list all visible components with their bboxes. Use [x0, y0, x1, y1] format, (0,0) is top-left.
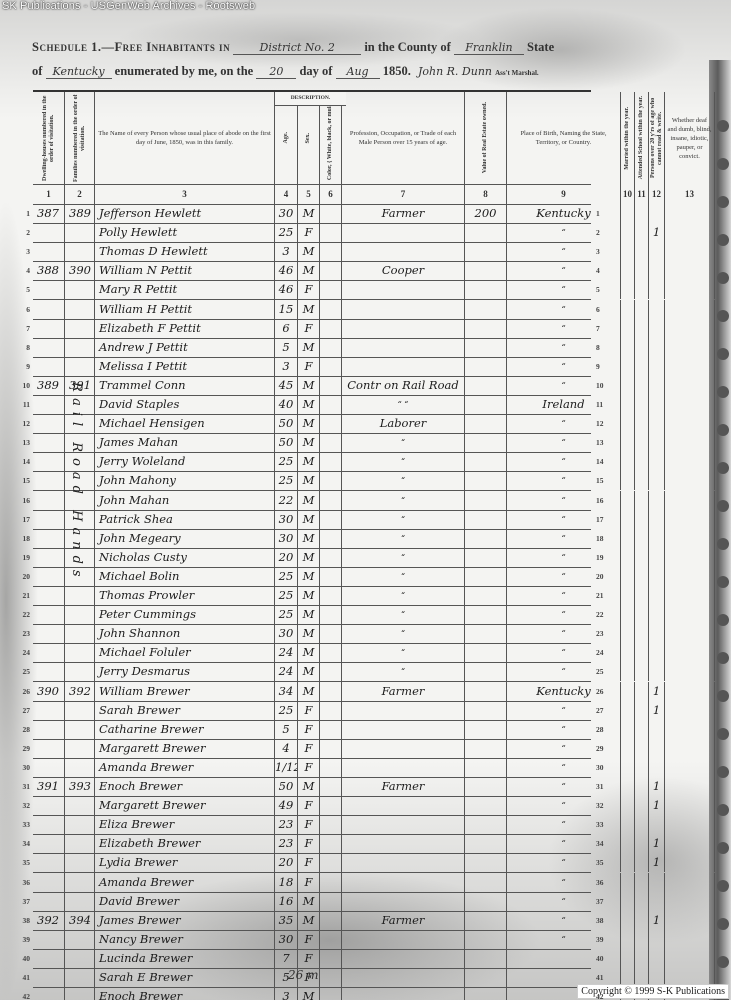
cell-age: 6	[275, 319, 298, 338]
name-value: Nancy Brewer	[95, 930, 274, 949]
line-number-right: 28	[596, 725, 604, 734]
age-value: 15	[275, 300, 297, 319]
cell-infirm	[665, 319, 715, 338]
name-value: Michael Bolin	[95, 567, 274, 586]
column-number: 13	[685, 189, 694, 199]
name-value: Catharine Brewer	[95, 720, 274, 739]
cell-real-estate	[465, 261, 507, 280]
cell-dwelling	[33, 853, 65, 872]
column-header-label: Place of Birth, Naming the State, Territ…	[507, 127, 620, 149]
cell-school	[635, 300, 649, 319]
cell-sex: M	[298, 204, 320, 223]
column-number-cell: 10	[621, 184, 635, 204]
cell-school	[635, 338, 649, 357]
cell-name: John Mahony	[95, 471, 275, 490]
cell-dwelling: 390	[33, 682, 65, 701]
cell-school	[635, 414, 649, 433]
dwelling-value: 391	[33, 777, 64, 796]
cell-age: 3	[275, 242, 298, 261]
cell-married	[621, 586, 635, 605]
column-header-9: Place of Birth, Naming the State, Territ…	[507, 92, 621, 184]
cell-dwelling	[33, 930, 65, 949]
cell-color	[320, 796, 342, 815]
cell-infirm	[665, 815, 715, 834]
cell-family: 392	[65, 682, 95, 701]
occupation-value: “	[342, 491, 464, 510]
line-number-left: 11	[16, 400, 30, 409]
cell-infirm	[665, 739, 715, 758]
name-value: Melissa I Pettit	[95, 357, 274, 376]
cell-illiterate	[649, 280, 665, 299]
column-number: 8	[483, 189, 488, 199]
cell-dwelling	[33, 223, 65, 242]
cell-age: 18	[275, 873, 298, 892]
age-value: 30	[275, 529, 297, 548]
cell-infirm	[665, 395, 715, 414]
cell-birthplace: “	[507, 300, 621, 319]
sex-value: M	[298, 433, 319, 452]
cell-illiterate	[649, 376, 665, 395]
cell-occupation	[342, 300, 465, 319]
cell-school	[635, 892, 649, 911]
cell-school	[635, 471, 649, 490]
cell-real-estate	[465, 911, 507, 930]
line-number-left: 23	[16, 629, 30, 638]
sex-value: F	[298, 834, 319, 853]
cell-age: 40	[275, 395, 298, 414]
occupation-value: “	[342, 510, 464, 529]
cell-dwelling	[33, 758, 65, 777]
census-row: Elizabeth F Pettit6F“	[33, 319, 591, 339]
line-number-right: 24	[596, 648, 604, 657]
census-row: William H Pettit15M“	[33, 300, 591, 320]
column-header-label: The Name of every Person whose usual pla…	[95, 127, 274, 149]
census-row: Elizabeth Brewer23F“1	[33, 834, 591, 854]
cell-dwelling	[33, 968, 65, 987]
age-value: 5	[275, 720, 297, 739]
cell-dwelling	[33, 701, 65, 720]
line-number-left: 20	[16, 572, 30, 581]
cell-sex: M	[298, 452, 320, 471]
cell-infirm	[665, 529, 715, 548]
cell-dwelling	[33, 319, 65, 338]
column-header-label: Married within the year.	[624, 107, 631, 170]
cell-color	[320, 777, 342, 796]
column-header-label: Attended School within the year.	[638, 96, 645, 179]
cell-family	[65, 930, 95, 949]
cell-color	[320, 682, 342, 701]
cell-illiterate: 1	[649, 853, 665, 872]
cell-dwelling	[33, 643, 65, 662]
line-number-left: 33	[16, 820, 30, 829]
sex-value: M	[298, 586, 319, 605]
cell-infirm	[665, 567, 715, 586]
name-value: John Mahony	[95, 471, 274, 490]
cell-color	[320, 815, 342, 834]
cell-infirm	[665, 280, 715, 299]
cell-school	[635, 510, 649, 529]
cell-school	[635, 204, 649, 223]
cell-infirm	[665, 261, 715, 280]
occupation-value: Farmer	[342, 204, 464, 223]
cell-infirm	[665, 471, 715, 490]
illiterate-value: 1	[649, 682, 664, 701]
cell-name: Polly Hewlett	[95, 223, 275, 242]
census-row: John Mahan22M““	[33, 491, 591, 511]
cell-dwelling	[33, 471, 65, 490]
binding-hole	[717, 918, 729, 930]
cell-sex: M	[298, 911, 320, 930]
census-row: Lucinda Brewer7F	[33, 949, 591, 969]
cell-real-estate	[465, 949, 507, 968]
cell-sex: M	[298, 242, 320, 261]
cell-dwelling: 388	[33, 261, 65, 280]
cell-infirm	[665, 949, 715, 968]
cell-name: William H Pettit	[95, 300, 275, 319]
line-number-right: 37	[596, 897, 604, 906]
binding-hole	[717, 196, 729, 208]
occupation-value: Cooper	[342, 261, 464, 280]
illiterate-value: 1	[649, 911, 664, 930]
cell-occupation	[342, 739, 465, 758]
sex-value: M	[298, 777, 319, 796]
cell-infirm	[665, 433, 715, 452]
cell-family	[65, 624, 95, 643]
cell-school	[635, 643, 649, 662]
line-number-right: 10	[596, 381, 604, 390]
sex-value: F	[298, 796, 319, 815]
cell-real-estate	[465, 777, 507, 796]
cell-illiterate	[649, 471, 665, 490]
cell-age: 4	[275, 739, 298, 758]
occupation-value: “	[342, 452, 464, 471]
column-number: 11	[637, 189, 646, 199]
cell-color	[320, 758, 342, 777]
dwelling-value: 388	[33, 261, 64, 280]
cell-sex: F	[298, 720, 320, 739]
column-header-label: Age.	[283, 132, 290, 144]
line-number-right: 9	[596, 362, 600, 371]
binding-hole	[717, 348, 729, 360]
column-number: 7	[401, 189, 406, 199]
cell-real-estate	[465, 433, 507, 452]
sex-value: F	[298, 853, 319, 872]
cell-family: 390	[65, 261, 95, 280]
sex-value: M	[298, 242, 319, 261]
cell-real-estate	[465, 662, 507, 681]
cell-dwelling: 392	[33, 911, 65, 930]
cell-age: 50	[275, 414, 298, 433]
line-number-left: 34	[16, 839, 30, 848]
name-value: Jerry Desmarus	[95, 662, 274, 681]
census-row: 388390William N Pettit46MCooper“	[33, 261, 591, 281]
cell-infirm	[665, 643, 715, 662]
cell-illiterate	[649, 261, 665, 280]
line-number-left: 9	[16, 362, 30, 371]
cell-real-estate	[465, 930, 507, 949]
cell-married	[621, 624, 635, 643]
line-number-left: 2	[16, 228, 30, 237]
cell-school	[635, 567, 649, 586]
cell-infirm	[665, 491, 715, 510]
column-header-label: Profession, Occupation, or Trade of each…	[342, 127, 464, 149]
binding-hole	[717, 120, 729, 132]
county-label: in the County of	[364, 40, 450, 54]
cell-sex: M	[298, 987, 320, 1000]
cell-occupation	[342, 968, 465, 987]
column-number-cell: 11	[635, 184, 649, 204]
name-value: William Brewer	[95, 682, 274, 701]
year-label: 1850.	[383, 64, 411, 78]
cell-color	[320, 491, 342, 510]
cell-real-estate	[465, 319, 507, 338]
cell-family	[65, 242, 95, 261]
cell-family	[65, 796, 95, 815]
cell-married	[621, 261, 635, 280]
cell-illiterate	[649, 815, 665, 834]
cell-real-estate	[465, 758, 507, 777]
cell-dwelling	[33, 567, 65, 586]
cell-married	[621, 433, 635, 452]
cell-sex: M	[298, 338, 320, 357]
cell-school	[635, 873, 649, 892]
state-field: Kentucky	[46, 65, 112, 79]
cell-school	[635, 395, 649, 414]
binding-hole	[717, 386, 729, 398]
cell-color	[320, 834, 342, 853]
dwelling-value: 390	[33, 682, 64, 701]
age-value: 46	[275, 261, 297, 280]
cell-family: 394	[65, 911, 95, 930]
cell-dwelling	[33, 739, 65, 758]
cell-name: Peter Cummings	[95, 605, 275, 624]
cell-illiterate	[649, 949, 665, 968]
cell-name: David Brewer	[95, 892, 275, 911]
cell-name: Amanda Brewer	[95, 758, 275, 777]
cell-infirm	[665, 892, 715, 911]
cell-school	[635, 930, 649, 949]
cell-color	[320, 739, 342, 758]
line-number-right: 8	[596, 343, 600, 352]
line-number-right: 6	[596, 305, 600, 314]
line-number-right: 33	[596, 820, 604, 829]
cell-occupation: “	[342, 491, 465, 510]
family-value: 393	[65, 777, 94, 796]
cell-sex: M	[298, 624, 320, 643]
cell-dwelling	[33, 949, 65, 968]
name-value: James Brewer	[95, 911, 274, 930]
cell-family	[65, 892, 95, 911]
cell-family	[65, 223, 95, 242]
cell-real-estate	[465, 624, 507, 643]
cell-family	[65, 280, 95, 299]
line-number-left: 7	[16, 324, 30, 333]
cell-color	[320, 395, 342, 414]
cell-occupation: “	[342, 433, 465, 452]
cell-name: Michael Bolin	[95, 567, 275, 586]
dwelling-value: 392	[33, 911, 64, 930]
census-row: John Mahony25M““	[33, 471, 591, 491]
cell-illiterate: 1	[649, 701, 665, 720]
sex-value: M	[298, 395, 319, 414]
line-number-left: 36	[16, 878, 30, 887]
occupation-value: Contr on Rail Road	[342, 376, 464, 395]
name-value: Lydia Brewer	[95, 853, 274, 872]
cell-name: Margarett Brewer	[95, 739, 275, 758]
cell-married	[621, 452, 635, 471]
column-number: 2	[77, 189, 82, 199]
state-label: State	[527, 40, 554, 54]
name-value: Jerry Woleland	[95, 452, 274, 471]
cell-married	[621, 662, 635, 681]
binding-hole	[717, 842, 729, 854]
cell-infirm	[665, 624, 715, 643]
cell-name: Thomas D Hewlett	[95, 242, 275, 261]
age-value: 3	[275, 242, 297, 261]
rail-road-hands-annotation: Rail Road Hands	[66, 382, 84, 612]
cell-sex: M	[298, 376, 320, 395]
cell-illiterate	[649, 452, 665, 471]
cell-dwelling	[33, 242, 65, 261]
cell-real-estate	[465, 491, 507, 510]
cell-married	[621, 739, 635, 758]
sex-value: M	[298, 261, 319, 280]
sex-value: M	[298, 491, 319, 510]
cell-age: 3	[275, 987, 298, 1000]
census-row: Catharine Brewer5F“	[33, 720, 591, 740]
cell-married	[621, 949, 635, 968]
cell-illiterate	[649, 529, 665, 548]
cell-occupation: “	[342, 452, 465, 471]
cell-color	[320, 853, 342, 872]
binding-hole	[717, 766, 729, 778]
cell-age: 25	[275, 701, 298, 720]
binding-hole	[717, 310, 729, 322]
illiterate-value: 1	[649, 701, 664, 720]
cell-name: John Megeary	[95, 529, 275, 548]
age-value: 24	[275, 643, 297, 662]
cell-infirm	[665, 758, 715, 777]
census-row: 391393Enoch Brewer50MFarmer“1	[33, 777, 591, 797]
cell-name: William N Pettit	[95, 261, 275, 280]
cell-real-estate	[465, 376, 507, 395]
age-value: 24	[275, 662, 297, 681]
column-header-row: Dwelling-houses numbered in the order of…	[33, 92, 591, 185]
cell-married	[621, 701, 635, 720]
cell-dwelling	[33, 433, 65, 452]
sex-value: M	[298, 204, 319, 223]
cell-occupation: “	[342, 662, 465, 681]
cell-dwelling	[33, 605, 65, 624]
cell-sex: F	[298, 949, 320, 968]
occupation-value: “	[342, 529, 464, 548]
cell-name: Patrick Shea	[95, 510, 275, 529]
cell-name: James Brewer	[95, 911, 275, 930]
cell-name: Elizabeth Brewer	[95, 834, 275, 853]
census-row: Thomas Prowler25M““	[33, 586, 591, 606]
cell-real-estate	[465, 586, 507, 605]
cell-family	[65, 662, 95, 681]
cell-sex: F	[298, 357, 320, 376]
column-number: 12	[652, 189, 661, 199]
cell-infirm	[665, 605, 715, 624]
cell-school	[635, 357, 649, 376]
cell-color	[320, 873, 342, 892]
cell-name: James Mahan	[95, 433, 275, 452]
line-number-left: 38	[16, 916, 30, 925]
cell-illiterate: 1	[649, 796, 665, 815]
age-value: 30	[275, 510, 297, 529]
birthplace-value: “	[507, 300, 620, 319]
cell-name: Thomas Prowler	[95, 586, 275, 605]
cell-age: 30	[275, 204, 298, 223]
age-value: 40	[275, 395, 297, 414]
name-value: Amanda Brewer	[95, 873, 274, 892]
cell-family	[65, 758, 95, 777]
line-number-left: 26	[16, 687, 30, 696]
line-number-left: 25	[16, 667, 30, 676]
cell-dwelling	[33, 338, 65, 357]
cell-color	[320, 662, 342, 681]
sex-value: F	[298, 758, 319, 777]
cell-sex: M	[298, 491, 320, 510]
column-number: 5	[306, 189, 311, 199]
name-value: Sarah Brewer	[95, 701, 274, 720]
occupation-value: “	[342, 586, 464, 605]
family-value: 394	[65, 911, 94, 930]
cell-married	[621, 510, 635, 529]
column-number-cell: 12	[649, 184, 665, 204]
age-value: 20	[275, 853, 297, 872]
cell-sex: M	[298, 643, 320, 662]
cell-age: 30	[275, 510, 298, 529]
line-number-right: 21	[596, 591, 604, 600]
cell-age: 50	[275, 777, 298, 796]
cell-school	[635, 605, 649, 624]
cell-infirm	[665, 204, 715, 223]
cell-school	[635, 242, 649, 261]
cell-occupation	[342, 701, 465, 720]
cell-married	[621, 873, 635, 892]
cell-name: Mary R Pettit	[95, 280, 275, 299]
cell-color	[320, 529, 342, 548]
cell-name: Michael Foluler	[95, 643, 275, 662]
cell-name: Enoch Brewer	[95, 987, 275, 1000]
name-value: David Staples	[95, 395, 274, 414]
line-number-left: 29	[16, 744, 30, 753]
cell-dwelling	[33, 529, 65, 548]
cell-occupation: Farmer	[342, 911, 465, 930]
cell-name: Enoch Brewer	[95, 777, 275, 796]
cell-occupation: “	[342, 567, 465, 586]
cell-infirm	[665, 242, 715, 261]
age-value: 25	[275, 567, 297, 586]
cell-age: 45	[275, 376, 298, 395]
cell-occupation	[342, 949, 465, 968]
cell-illiterate	[649, 567, 665, 586]
cell-real-estate	[465, 643, 507, 662]
cell-family	[65, 873, 95, 892]
cell-occupation	[342, 853, 465, 872]
occupation-value: “	[342, 433, 464, 452]
cell-infirm	[665, 452, 715, 471]
age-value: 30	[275, 930, 297, 949]
cell-color	[320, 319, 342, 338]
line-number-left: 37	[16, 897, 30, 906]
cell-age: 23	[275, 815, 298, 834]
age-value: 16	[275, 892, 297, 911]
column-number-row: 12345678910111213	[33, 184, 591, 205]
